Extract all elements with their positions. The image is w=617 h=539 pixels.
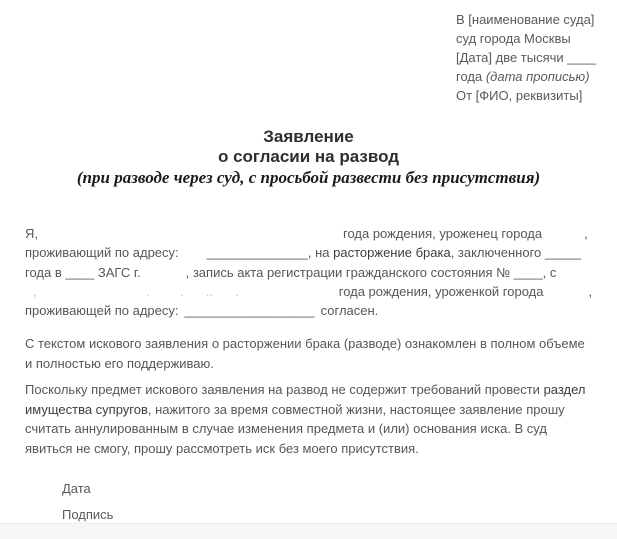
blank-space (37, 295, 147, 296)
text-concluded: , заключенного _____ (451, 245, 581, 260)
text-address-wife-label: проживающей по адресу: (25, 303, 178, 318)
address-blank-line: __________________ (184, 303, 314, 318)
parties-line-4: ,.....года рождения, уроженкой города, (25, 284, 602, 303)
court-header: В [наименование суда] суд города Москвы … (456, 10, 596, 105)
text-comma: , (584, 226, 588, 241)
page-edge (0, 523, 617, 539)
header-court-city: суд города Москвы (456, 29, 596, 48)
blank-space (179, 256, 207, 257)
paragraph-conditions: Поскольку предмет искового заявления на … (25, 380, 598, 458)
blank-space (213, 295, 235, 296)
faint-mark: . (180, 284, 184, 299)
address-blank-line: ______________ (207, 245, 308, 260)
link-marriage-dissolution[interactable]: расторжение брака (333, 245, 451, 260)
text-birth-wife: года рождения, уроженкой города (339, 284, 544, 299)
text-comma: , (588, 284, 592, 299)
blank-space (38, 237, 343, 238)
title-line-1: Заявление (0, 127, 617, 147)
date-label: Дата (62, 479, 113, 498)
text-registry-record: , запись акта регистрации гражданского с… (186, 265, 557, 280)
header-date-line: [Дата] две тысячи ____ (456, 48, 596, 67)
blank-space (25, 295, 33, 296)
blank-space (239, 295, 339, 296)
document-body: Я,года рождения, уроженец города, прожив… (25, 226, 602, 458)
header-from-line: От [ФИО, реквизиты] (456, 86, 596, 105)
parties-line-5: проживающей по адресу:__________________… (25, 303, 602, 322)
paragraph-acknowledgement: С текстом искового заявления о расторжен… (25, 334, 595, 373)
parties-line-3: года в ____ ЗАГС г., запись акта регистр… (25, 265, 602, 284)
blank-space (184, 295, 206, 296)
text-conditions-start: Поскольку предмет искового заявления на … (25, 382, 544, 397)
title-subtitle: (при разводе через суд, с просьбой разве… (0, 167, 617, 189)
blank-space (150, 295, 180, 296)
document-page: В [наименование суда] суд города Москвы … (0, 0, 617, 539)
faint-mark: , (33, 284, 37, 299)
text-address-husband-label: проживающий по адресу: (25, 245, 179, 260)
blank-space (542, 237, 584, 238)
text-i: Я, (25, 226, 38, 241)
document-title: Заявление о согласии на развод (при разв… (0, 127, 617, 189)
paragraph-parties: Я,года рождения, уроженец города, прожив… (25, 226, 602, 322)
header-date-words-line: года (дата прописью) (456, 67, 596, 86)
signature-label: Подпись (62, 505, 113, 524)
faint-mark: .. (206, 284, 213, 299)
text-agree: согласен. (321, 303, 379, 318)
blank-space (543, 295, 588, 296)
faint-mark: . (147, 284, 151, 299)
header-date-note: (дата прописью) (486, 69, 590, 84)
blank-space (141, 276, 186, 277)
text-on: , на (308, 245, 333, 260)
title-line-2: о согласии на развод (0, 147, 617, 167)
header-year-word: года (456, 69, 486, 84)
faint-mark: . (235, 284, 239, 299)
text-zags: года в ____ ЗАГС г. (25, 265, 141, 280)
header-court-name: В [наименование суда] (456, 10, 596, 29)
signature-block: Дата Подпись (62, 479, 113, 524)
parties-line-1: Я,года рождения, уроженец города, (25, 226, 602, 245)
text-birth-husband: года рождения, уроженец города (343, 226, 542, 241)
parties-line-2: проживающий по адресу:______________, на… (25, 245, 602, 264)
